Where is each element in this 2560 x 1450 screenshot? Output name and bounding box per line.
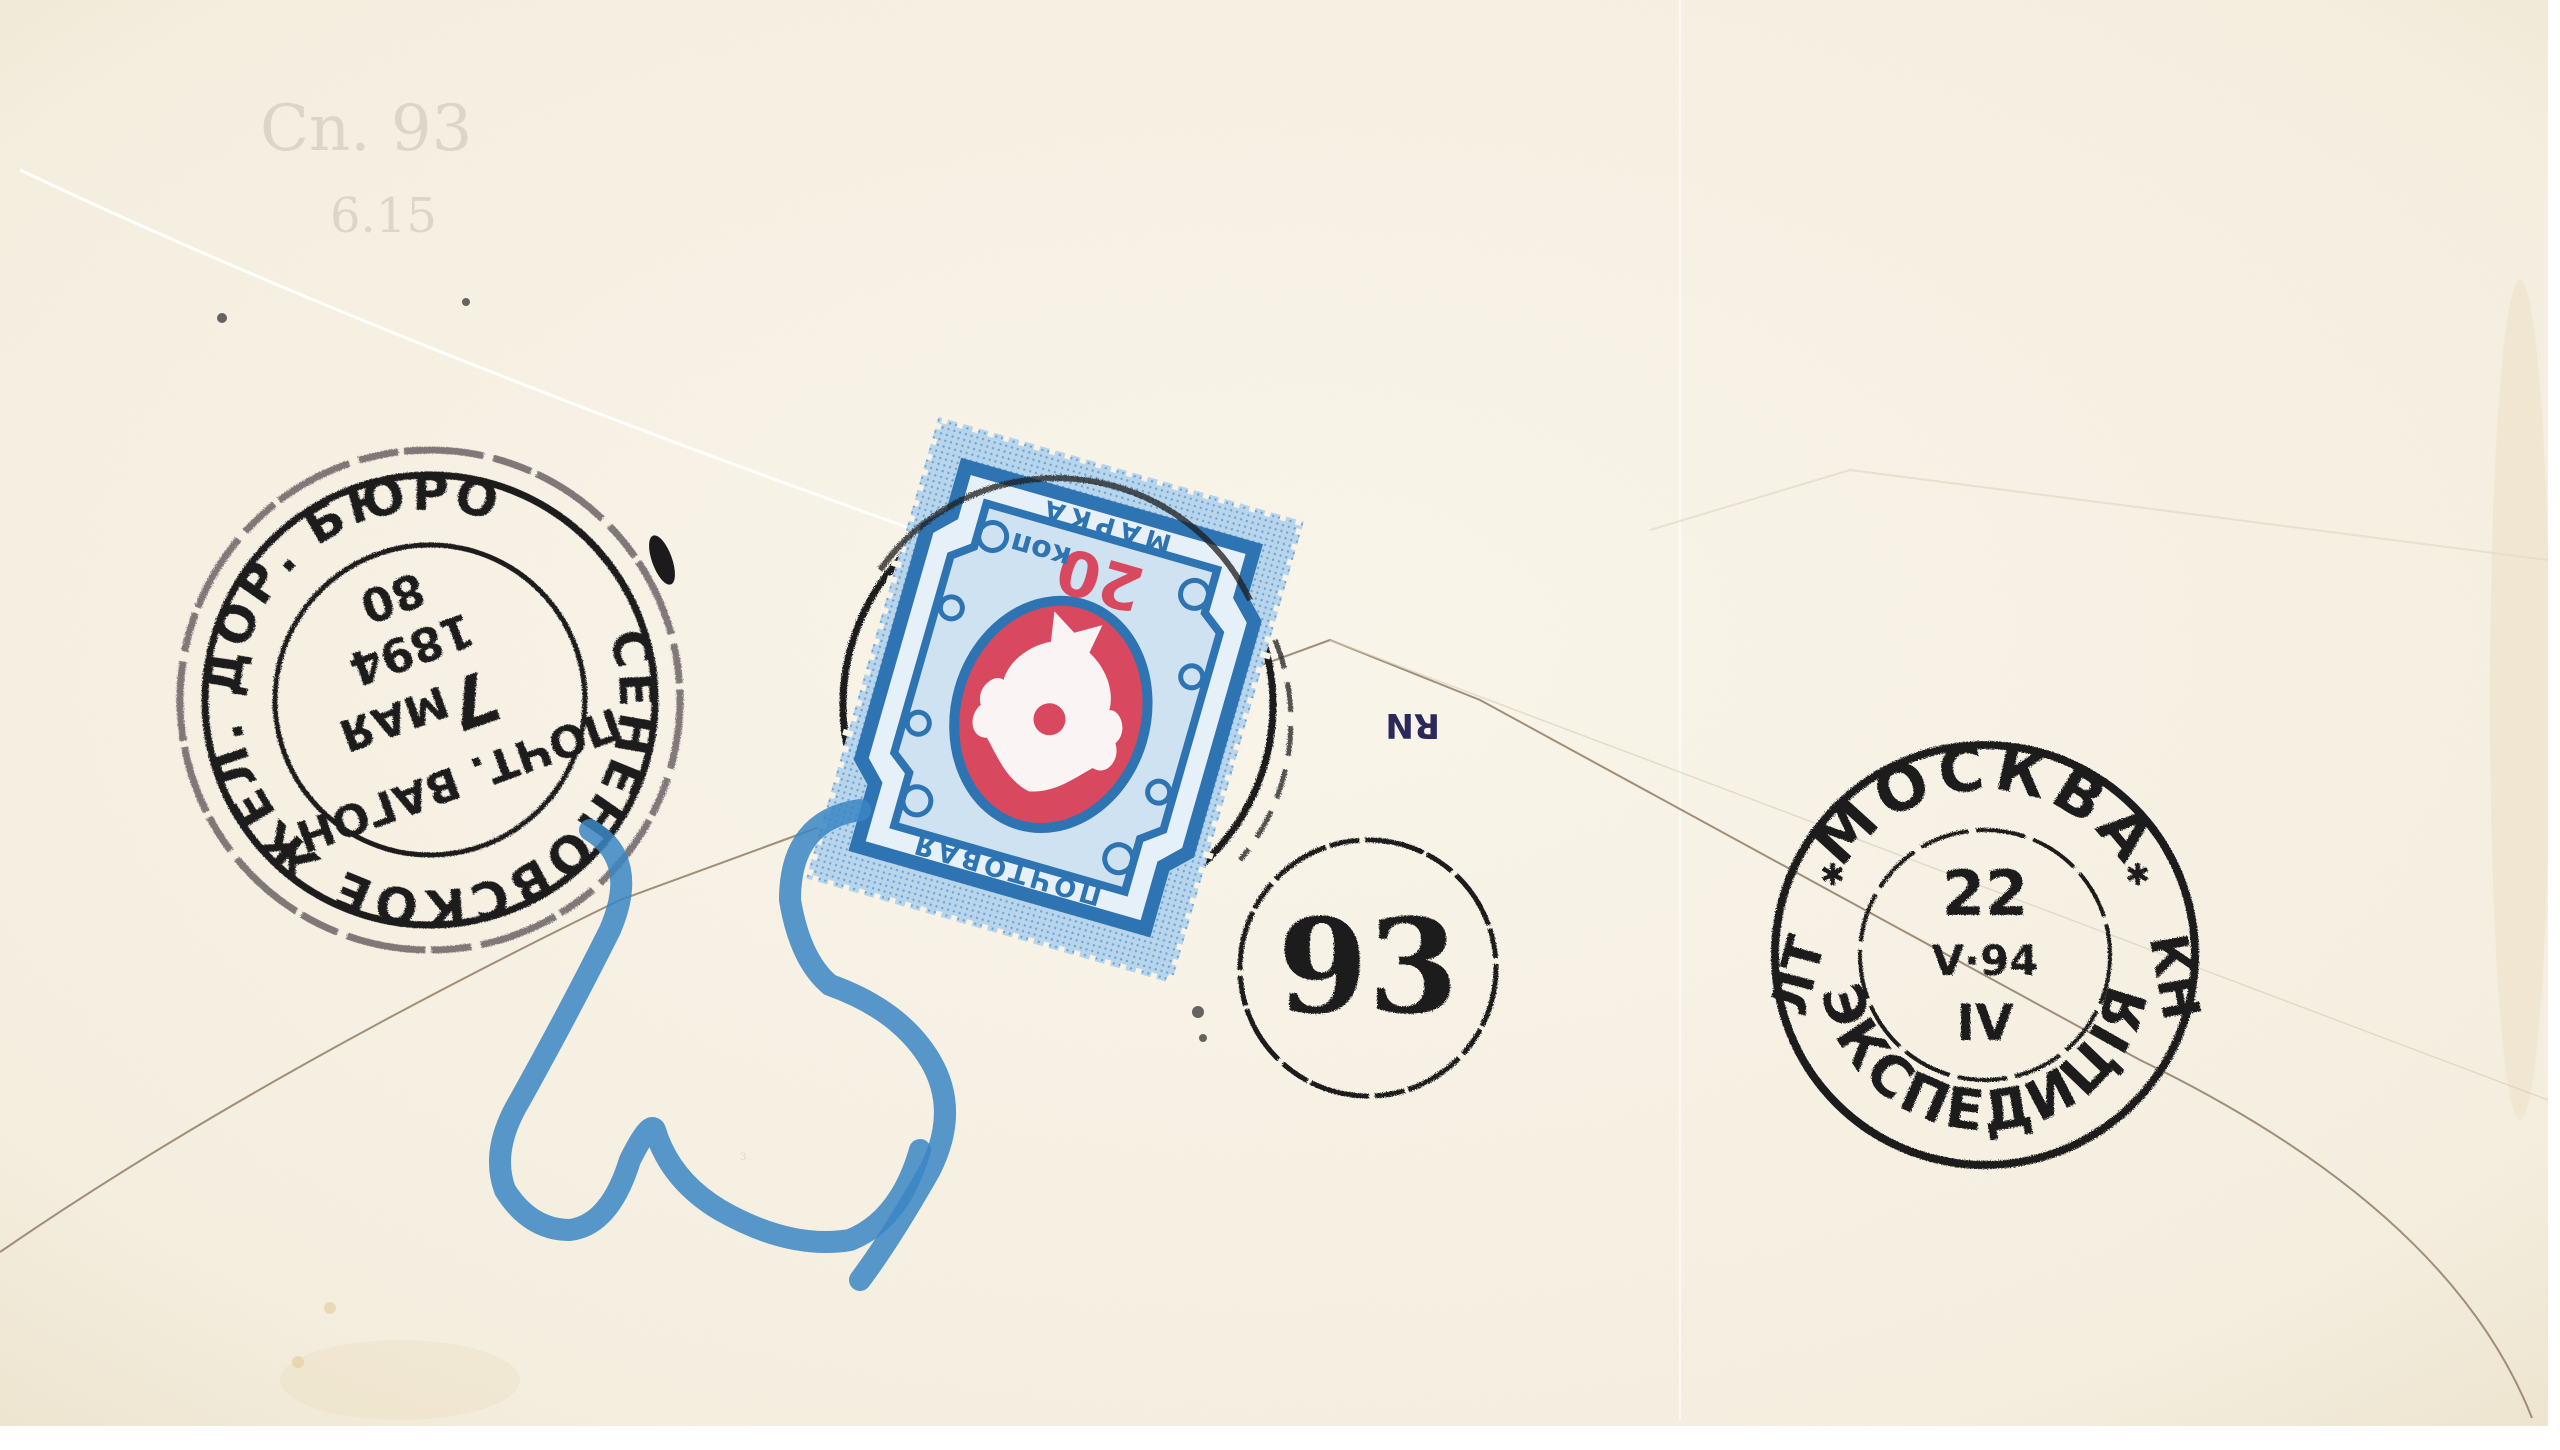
envelope-photo: Cn. 93 6.15 СЕНЕНОВСКОЕ ЖЕЛ. ДОР. БЮРО П… [0,0,2560,1450]
stain [280,1340,520,1420]
stain [292,1356,304,1368]
postmark-month-year: V·94 [1932,936,2039,985]
scan-background [2548,0,2560,1450]
pencil-numeral-value: 3 [740,1152,746,1163]
postmark-star-icon: ✱ [2125,858,2150,893]
postmark-time-code: IV [1956,994,2014,1052]
svg-text:Cn. 93: Cn. 93 [260,92,472,166]
svg-text:6.15: 6.15 [330,188,437,244]
rn-ink-mark: RN [1385,705,1440,745]
postmark-star-icon: ✱ [1820,858,1845,893]
stain [324,1302,336,1314]
number-handstamp-value: 93 [1278,890,1459,1043]
postmark-day: 22 [1942,857,2028,930]
scan-background [0,1426,2560,1450]
stain [2490,280,2550,1120]
